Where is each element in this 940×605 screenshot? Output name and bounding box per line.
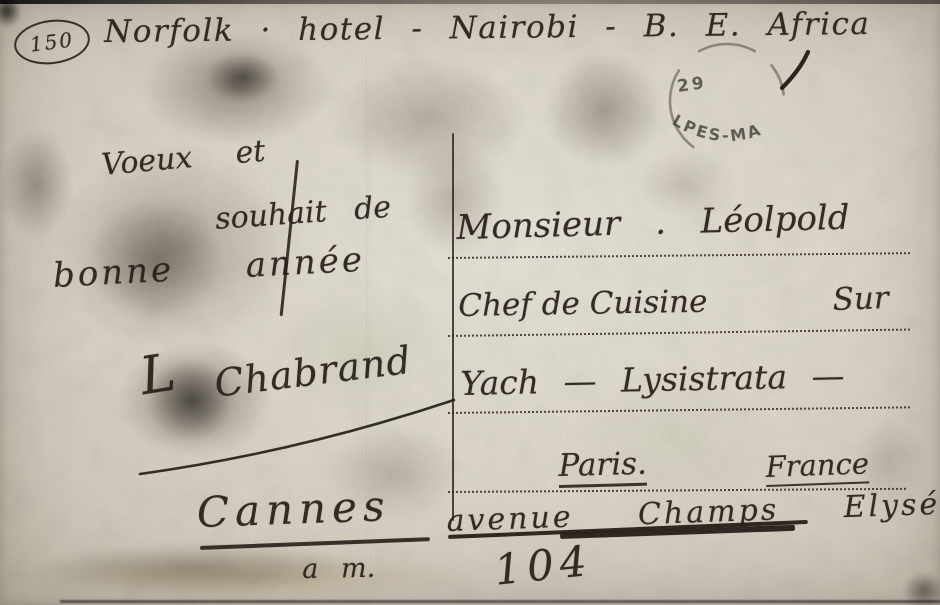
postmark-day: 29: [676, 73, 708, 97]
postmark-circle: [648, 22, 807, 181]
stain: [330, 55, 525, 180]
pen-stroke-diagonal: [280, 160, 299, 316]
message-line-3: bonne année: [52, 240, 366, 296]
catalog-number: 150: [29, 27, 76, 56]
address-line-1: Monsieur . Léolpold: [456, 198, 850, 248]
postmark-arc-text: LPES-MA: [669, 110, 765, 145]
postmark-stamp: LPES-MA 29: [622, 38, 837, 178]
postcard-back: 150 Norfolk · hotel - Nairobi - B. E. Af…: [0, 0, 940, 605]
address-rule-1: [448, 252, 910, 259]
place-suffix: a m.: [302, 553, 375, 585]
scan-edge-top: [0, 0, 940, 4]
signature-flourish: [128, 392, 463, 487]
message-line-2: souhait de: [214, 190, 392, 237]
address-divider-line: [452, 133, 454, 521]
address-house-number: 104: [492, 536, 595, 595]
pen-stroke-mark: [782, 52, 808, 88]
message-line-1: Voeux et: [100, 134, 267, 183]
address-rule-3: [448, 406, 910, 414]
place-name: Cannes: [196, 481, 391, 537]
address-line-2-right: Sur: [832, 280, 889, 318]
address-line-3: Yach — Lysistrata —: [460, 356, 845, 403]
catalog-number-oval: 150: [12, 16, 93, 69]
address-line-4-left: Paris.: [558, 446, 647, 488]
scan-edge-corner: [0, 0, 22, 28]
address-rule-2: [448, 329, 910, 337]
stain: [205, 52, 280, 102]
address-line-2-left: Chef de Cuisine: [458, 284, 708, 324]
address-line-4-right: France: [765, 446, 870, 487]
stain: [0, 552, 480, 600]
scan-edge-bottom: [60, 600, 940, 603]
stain: [0, 128, 72, 240]
place-underline: [200, 537, 430, 549]
